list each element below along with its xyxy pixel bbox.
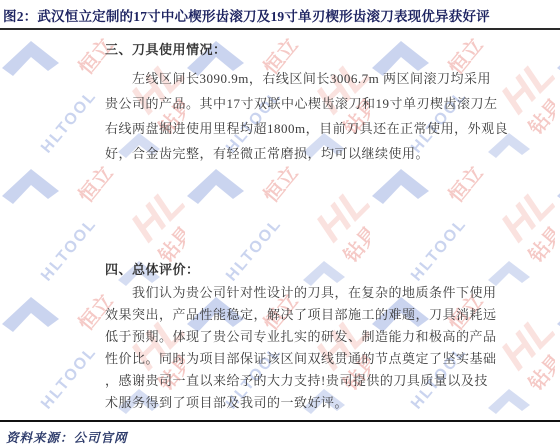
doc-line: 低于预期。体现了贵公司专业扎实的研发、制造能力和极高的产品 <box>105 326 485 348</box>
section-3-paragraph: 左线区间长3090.9m，右线区间长3006.7m 两区间滚刀均采用 贵公司的产… <box>105 66 485 166</box>
doc-line: 左线区间长3090.9m，右线区间长3006.7m 两区间滚刀均采用 <box>105 66 485 91</box>
source-label: 资料来源：公司官网 <box>0 422 560 445</box>
doc-line: 右线两盘掘进使用里程均超1800m，目前刀具还在正常使用，外观良 <box>105 116 485 141</box>
figure-container: 图2：武汉恒立定制的17寸中心楔形齿滚刀及19寸单刃楔形齿滚刀表现优异获好评 H… <box>0 0 560 445</box>
doc-line: 贵公司的产品。其中17寸双联中心楔齿滚刀和19寸单刃楔齿滚刀左 <box>105 91 485 116</box>
section-4-heading: 四、总体评价： <box>105 260 485 280</box>
doc-line: 性价比。同时为项目部保证该区间双线贯通的节点奠定了坚实基础 <box>105 348 485 370</box>
doc-line: 效果突出，产品性能稳定，解决了项目部施工的难题，刀具消耗远 <box>105 304 485 326</box>
figure-title: 图2：武汉恒立定制的17寸中心楔形齿滚刀及19寸单刃楔形齿滚刀表现优异获好评 <box>0 0 560 28</box>
section-3-heading: 三、刀具使用情况： <box>105 40 485 60</box>
document-scan: HL 恒立 HLTOOL 钻具 <box>0 30 560 420</box>
doc-line: 好，合金齿完整，有轻微正常磨损，均可以继续使用。 <box>105 141 485 166</box>
section-4-paragraph: 我们认为贵公司针对性设计的刀具，在复杂的地质条件下使用 效果突出，产品性能稳定，… <box>105 282 485 414</box>
doc-line: 术服务得到了项目部及我司的一致好评。 <box>105 392 485 414</box>
document-content: 三、刀具使用情况： 左线区间长3090.9m，右线区间长3006.7m 两区间滚… <box>0 30 560 414</box>
doc-line: ，感谢贵司一直以来给予的大力支持!贵司提供的刀具质量以及技 <box>105 370 485 392</box>
doc-line: 我们认为贵公司针对性设计的刀具，在复杂的地质条件下使用 <box>105 282 485 304</box>
